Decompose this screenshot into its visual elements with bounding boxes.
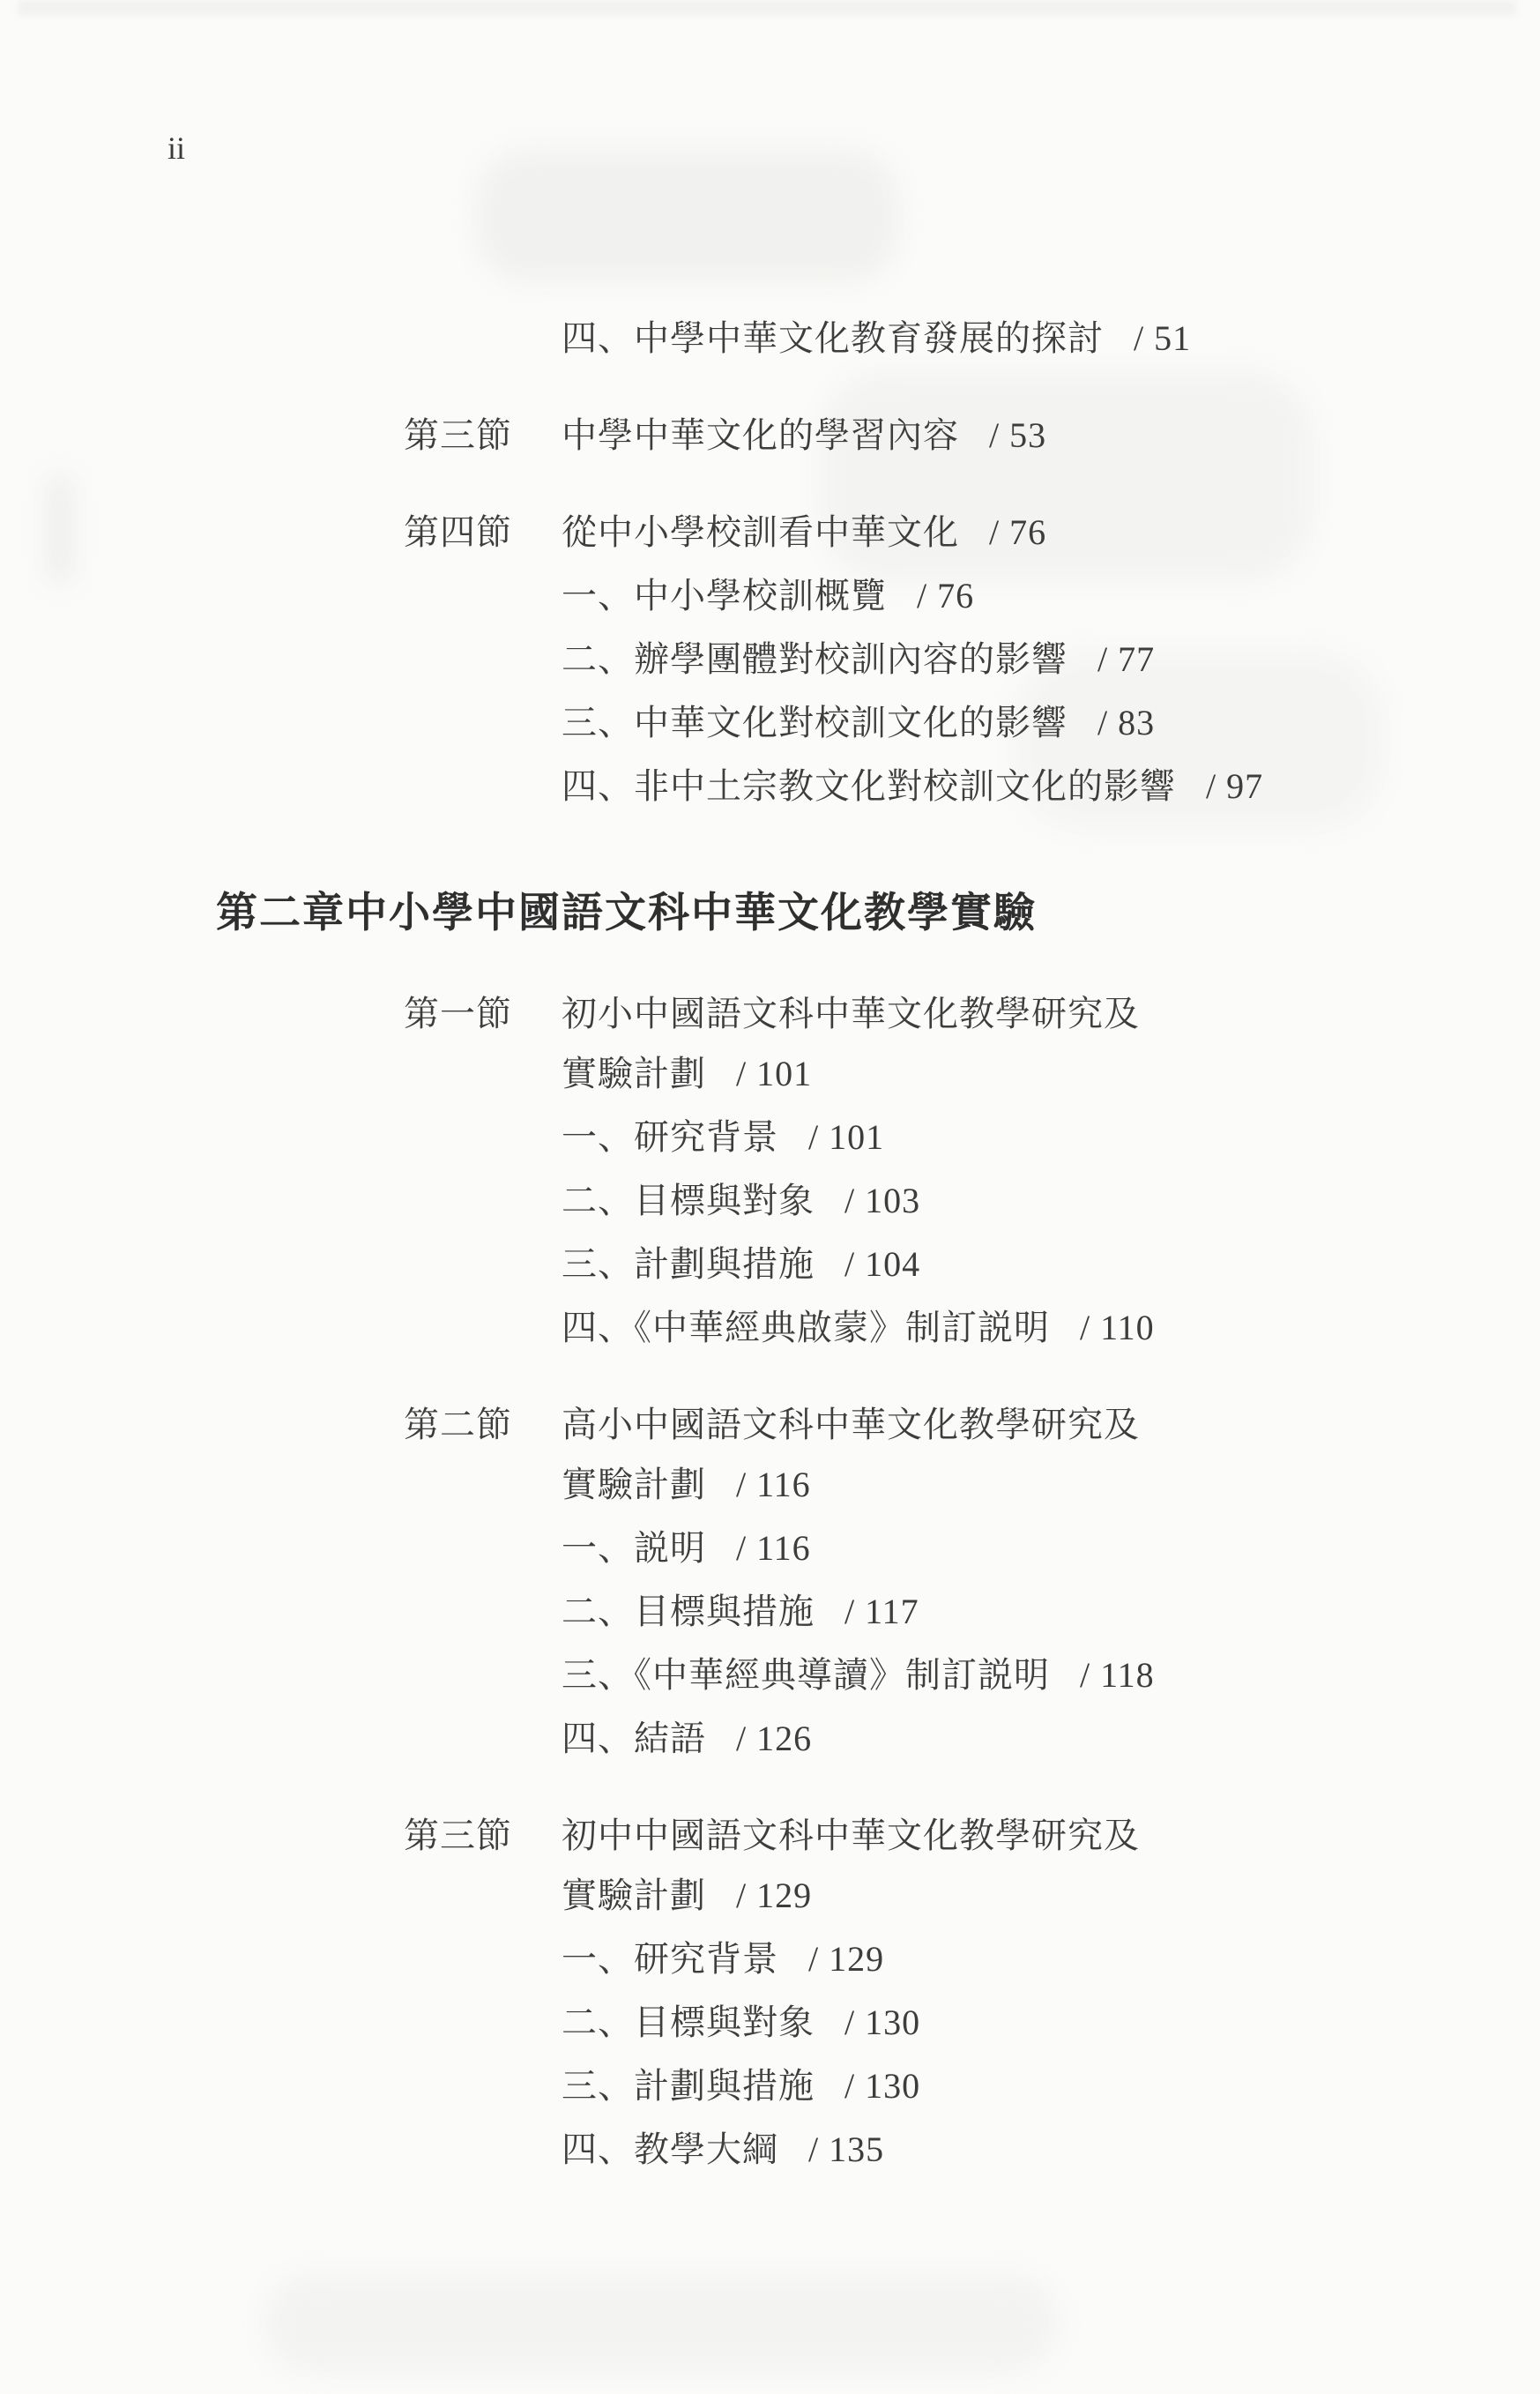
toc-chapter-heading: 第二章中小學中國語文科中華文化教學實驗 — [0, 890, 1540, 937]
toc-entry: 第三節中學中華文化的學習內容/ 53 — [0, 415, 1540, 456]
toc-entry-page: / 129 — [736, 1876, 812, 1915]
toc-entry-title: 高小中國語文科中華文化教學研究及 — [562, 1405, 1140, 1444]
toc-entry-title: 二、目標與措施 — [562, 1592, 815, 1631]
toc-entry-label: 第二節 — [404, 1405, 562, 1445]
toc-entry-page: / 103 — [844, 1181, 920, 1220]
toc-entry-title: 初小中國語文科中華文化教學研究及 — [562, 994, 1140, 1033]
toc-entry: 三、計劃與措施/ 130 — [0, 2066, 1540, 2107]
toc-entry-label: 第四節 — [404, 512, 562, 553]
toc-entry: 一、中小學校訓概覽/ 76 — [0, 576, 1540, 616]
toc-entry: 四、《中華經典啟蒙》制訂説明/ 110 — [0, 1308, 1540, 1348]
toc-list: 四、中學中華文化教育發展的探討/ 51第三節中學中華文化的學習內容/ 53第四節… — [0, 295, 1540, 2170]
toc-entry-title: 從中小學校訓看中華文化 — [562, 512, 959, 552]
toc-entry-label: 第三節 — [404, 415, 562, 456]
toc-entry-page: / 130 — [844, 2066, 920, 2106]
toc-entry: 三、中華文化對校訓文化的影響/ 83 — [0, 703, 1540, 743]
toc-entry-page: / 135 — [808, 2129, 884, 2169]
toc-entry: 第四節從中小學校訓看中華文化/ 76 — [0, 512, 1540, 553]
toc-entry: 第一節初小中國語文科中華文化教學研究及實驗計劃/ 101 — [0, 994, 1540, 1094]
toc-entry: 四、教學大綱/ 135 — [0, 2129, 1540, 2170]
toc-entry-title: 實驗計劃 — [562, 1054, 706, 1093]
toc-entry-page: / 101 — [808, 1117, 884, 1157]
toc-entry-page: / 76 — [989, 512, 1046, 552]
toc-entry: 三、計劃與措施/ 104 — [0, 1244, 1540, 1285]
toc-entry-title: 中學中華文化的學習內容 — [562, 415, 959, 455]
toc-entry: 二、目標與措施/ 117 — [0, 1592, 1540, 1632]
toc-entry-page: / 51 — [1134, 318, 1191, 358]
toc-entry: 二、目標與對象/ 103 — [0, 1181, 1540, 1221]
toc-entry-title: 二、目標與對象 — [562, 1181, 815, 1220]
toc-entry-title: 初中中國語文科中華文化教學研究及 — [562, 1816, 1140, 1855]
toc-entry: 二、辦學團體對校訓內容的影響/ 77 — [0, 639, 1540, 680]
scanned-book-page: ii 四、中學中華文化教育發展的探討/ 51第三節中學中華文化的學習內容/ 53… — [0, 0, 1540, 2394]
toc-entry-title: 一、中小學校訓概覽 — [562, 576, 887, 615]
toc-entry-title: 一、研究背景 — [562, 1939, 778, 1979]
toc-entry-title-line2: 實驗計劃/ 129 — [404, 1876, 1540, 1916]
toc-entry-title: 三、計劃與措施 — [562, 1244, 815, 1284]
toc-entry: 三、《中華經典導讀》制訂説明/ 118 — [0, 1655, 1540, 1696]
toc-entry-title: 二、辦學團體對校訓內容的影響 — [562, 639, 1068, 679]
toc-entry-page: / 83 — [1097, 703, 1155, 742]
toc-entry: 第三節初中中國語文科中華文化教學研究及實驗計劃/ 129 — [0, 1816, 1540, 1916]
toc-entry: 一、説明/ 116 — [0, 1528, 1540, 1569]
toc-entry-page: / 130 — [844, 2002, 920, 2042]
toc-entry-page: / 97 — [1206, 766, 1263, 806]
toc-entry-title: 四、《中華經典啟蒙》制訂説明 — [562, 1308, 1050, 1347]
toc-entry-title: 一、研究背景 — [562, 1117, 778, 1157]
scan-artifact — [264, 2275, 1058, 2372]
toc-entry-title: 四、教學大綱 — [562, 2129, 778, 2169]
toc-entry-page: / 116 — [736, 1465, 811, 1504]
toc-chapter-title: 中小學中國語文科中華文化教學實驗 — [346, 891, 1037, 936]
toc-entry-label: 第一節 — [404, 994, 562, 1034]
toc-entry-title-line2: 實驗計劃/ 101 — [404, 1054, 1540, 1094]
toc-entry-title: 四、中學中華文化教育發展的探討 — [562, 318, 1104, 358]
toc-entry-page: / 117 — [844, 1592, 919, 1631]
page-number: ii — [167, 131, 185, 166]
toc-entry-title: 二、目標與對象 — [562, 2002, 815, 2042]
toc-entry-title: 一、説明 — [562, 1528, 706, 1568]
toc-entry: 第二節高小中國語文科中華文化教學研究及實驗計劃/ 116 — [0, 1405, 1540, 1505]
toc-entry: 四、中學中華文化教育發展的探討/ 51 — [0, 318, 1540, 359]
scan-artifact — [18, 0, 1516, 16]
scan-artifact — [476, 150, 899, 282]
toc-chapter-label: 第二章 — [216, 890, 346, 937]
toc-entry-title: 實驗計劃 — [562, 1876, 706, 1915]
toc-entry-label: 第三節 — [404, 1816, 562, 1856]
toc-entry-title-line2: 實驗計劃/ 116 — [404, 1465, 1540, 1505]
toc-entry-title: 四、結語 — [562, 1719, 706, 1758]
toc-entry: 一、研究背景/ 101 — [0, 1117, 1540, 1158]
toc-entry-title: 三、計劃與措施 — [562, 2066, 815, 2106]
toc-entry-page: / 53 — [989, 415, 1046, 455]
toc-entry-title: 實驗計劃 — [562, 1465, 706, 1504]
toc-entry-page: / 104 — [844, 1244, 920, 1284]
toc-entry: 四、結語/ 126 — [0, 1719, 1540, 1759]
toc-entry-page: / 129 — [808, 1939, 884, 1979]
toc-entry-title: 三、中華文化對校訓文化的影響 — [562, 703, 1068, 742]
toc-entry: 四、非中土宗教文化對校訓文化的影響/ 97 — [0, 766, 1540, 807]
toc-entry-title: 三、《中華經典導讀》制訂説明 — [562, 1655, 1050, 1695]
toc-entry-page: / 116 — [736, 1528, 811, 1568]
toc-entry-title: 四、非中土宗教文化對校訓文化的影響 — [562, 766, 1176, 806]
toc-entry: 一、研究背景/ 129 — [0, 1939, 1540, 1980]
toc-entry-page: / 76 — [917, 576, 974, 615]
toc-entry-page: / 101 — [736, 1054, 812, 1093]
toc-entry-page: / 110 — [1080, 1308, 1155, 1347]
toc-entry-page: / 126 — [736, 1719, 812, 1758]
toc-entry-page: / 118 — [1080, 1655, 1155, 1695]
toc-entry: 二、目標與對象/ 130 — [0, 2002, 1540, 2043]
toc-entry-page: / 77 — [1097, 639, 1155, 679]
